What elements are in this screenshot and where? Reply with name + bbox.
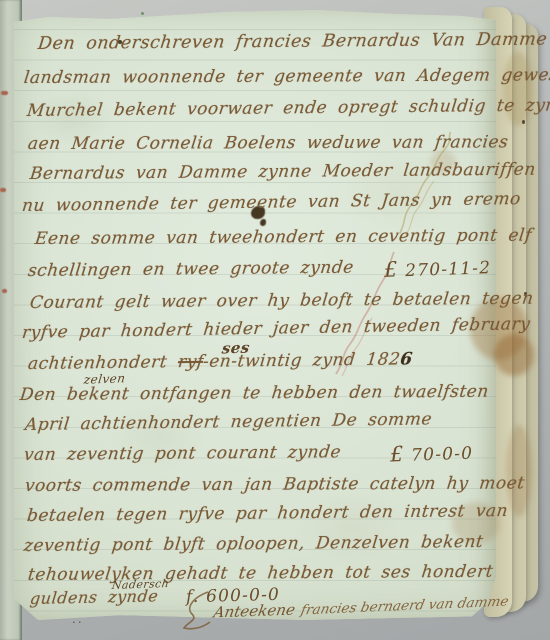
ink-blot bbox=[260, 219, 266, 226]
binding-stitch bbox=[1, 91, 8, 95]
ink-speck bbox=[524, 292, 527, 295]
stray-ink-dots: .. bbox=[72, 612, 84, 626]
ink-speck bbox=[118, 40, 122, 44]
ink-speck bbox=[522, 120, 525, 124]
foxing-stain bbox=[503, 52, 533, 126]
manuscript-page bbox=[14, 8, 496, 620]
binding-stitch bbox=[0, 188, 6, 192]
binding-stitch bbox=[2, 289, 7, 293]
page-edge-stack-middle bbox=[498, 14, 526, 612]
foxing-stain bbox=[494, 334, 534, 376]
foxing-stain bbox=[506, 425, 532, 517]
paper-speck bbox=[141, 12, 144, 15]
photo-of-manuscript: .. Den onderschreven francies Bernardus … bbox=[0, 0, 550, 640]
page-edge-stack-back bbox=[512, 24, 538, 602]
